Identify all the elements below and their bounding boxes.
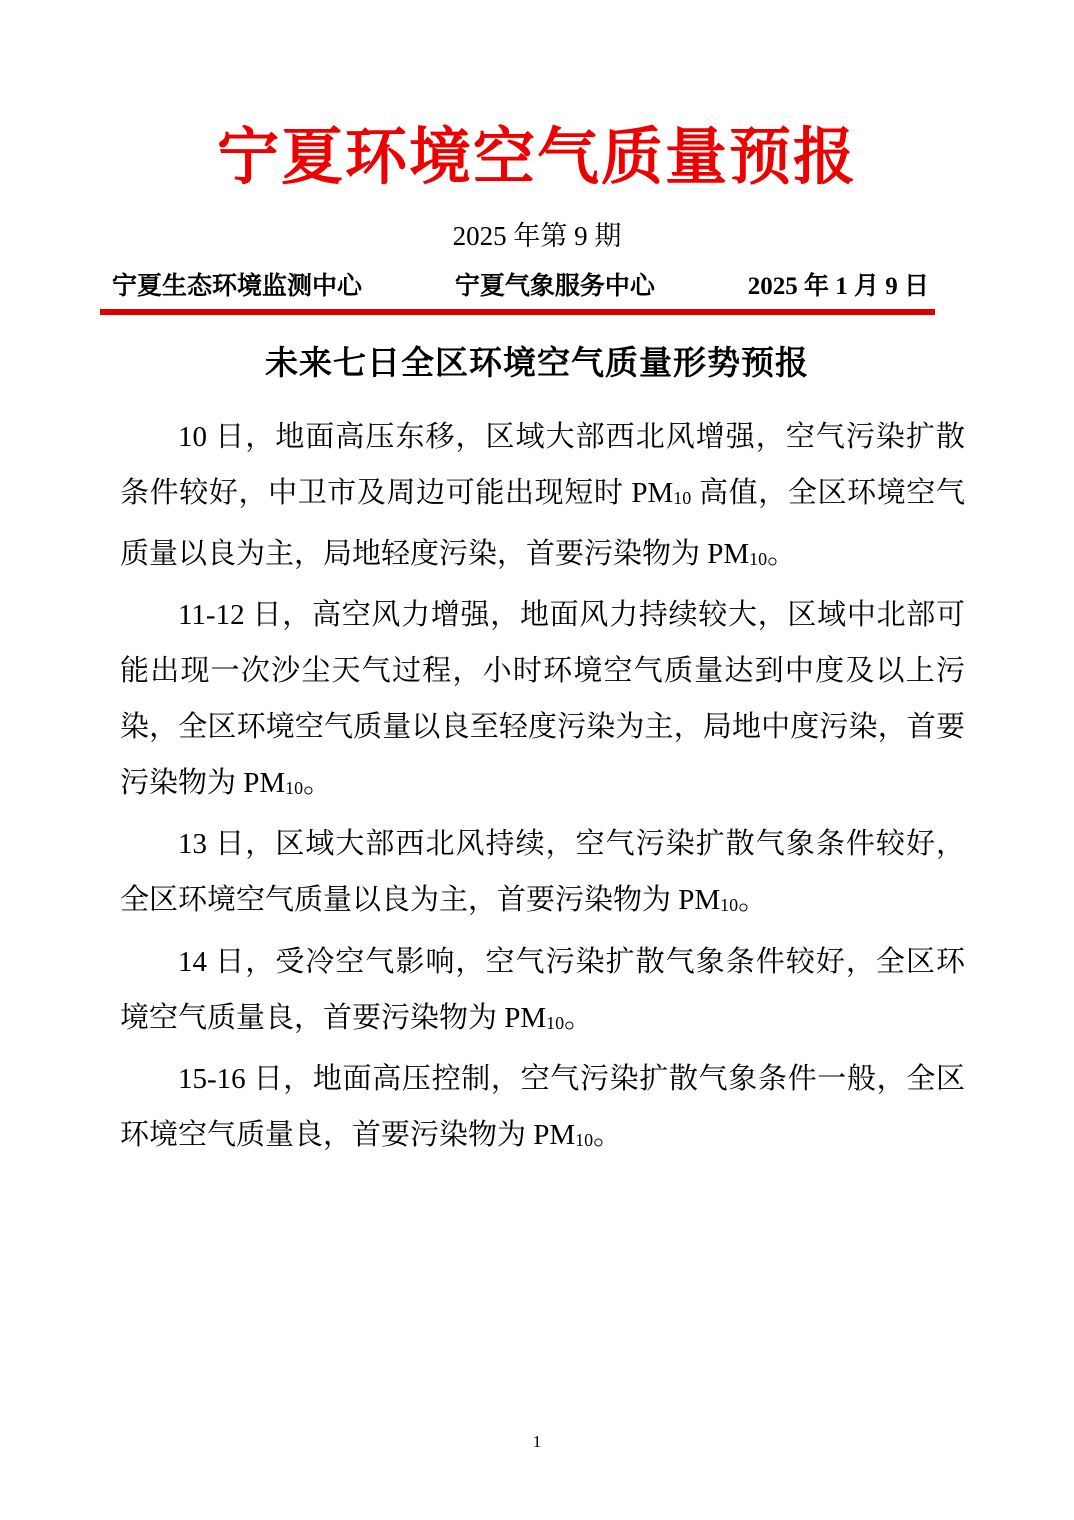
pm-subscript: 10	[673, 488, 691, 508]
issue-number: 2025 年第 9 期	[0, 216, 1074, 256]
text-run: 。	[564, 1002, 593, 1034]
pm-subscript: 10	[749, 549, 767, 569]
red-divider-rule	[100, 309, 935, 315]
body-paragraph: 14 日，受冷空气影响，空气污染扩散气象条件较好，全区环境空气质量良，首要污染物…	[120, 934, 965, 1051]
section-title: 未来七日全区环境空气质量形势预报	[0, 341, 1074, 387]
text-run: 13 日，区域大部西北风持续，空气污染扩散气象条件较好，全区环境空气质量以良为主…	[120, 828, 965, 916]
pm-subscript: 10	[285, 778, 303, 798]
page-number: 1	[0, 1430, 1074, 1454]
text-run: 。	[738, 884, 767, 916]
document-page: 宁夏环境空气质量预报 2025 年第 9 期 宁夏生态环境监测中心 宁夏气象服务…	[0, 0, 1074, 1520]
body-paragraph: 15-16 日，地面高压控制，空气污染扩散气象条件一般，全区环境空气质量良，首要…	[120, 1051, 965, 1168]
text-run: 15-16 日，地面高压控制，空气污染扩散气象条件一般，全区环境空气质量良，首要…	[120, 1063, 965, 1151]
text-run: 。	[767, 538, 796, 570]
text-run: 14 日，受冷空气影响，空气污染扩散气象条件较好，全区环境空气质量良，首要污染物…	[120, 946, 965, 1034]
pm-subscript: 10	[720, 896, 738, 916]
body-paragraphs: 10 日，地面高压东移，区域大部西北风增强，空气污染扩散条件较好，中卫市及周边可…	[120, 409, 965, 1168]
org-weather-center: 宁夏气象服务中心	[455, 270, 655, 304]
pm-subscript: 10	[546, 1013, 564, 1033]
pm-subscript: 10	[575, 1130, 593, 1150]
issue-date: 2025 年 1 月 9 日	[748, 270, 929, 304]
header-org-row: 宁夏生态环境监测中心 宁夏气象服务中心 2025 年 1 月 9 日	[100, 270, 935, 309]
org-monitoring-center: 宁夏生态环境监测中心	[112, 270, 362, 304]
text-run: 。	[303, 767, 332, 799]
body-paragraph: 13 日，区域大部西北风持续，空气污染扩散气象条件较好，全区环境空气质量以良为主…	[120, 816, 965, 933]
document-title: 宁夏环境空气质量预报	[0, 0, 1074, 200]
text-run: 11-12 日，高空风力增强，地面风力持续较大，区域中北部可能出现一次沙尘天气过…	[120, 599, 965, 799]
body-paragraph: 10 日，地面高压东移，区域大部西北风增强，空气污染扩散条件较好，中卫市及周边可…	[120, 409, 965, 587]
text-run: 。	[593, 1119, 622, 1151]
body-paragraph: 11-12 日，高空风力增强，地面风力持续较大，区域中北部可能出现一次沙尘天气过…	[120, 587, 965, 816]
